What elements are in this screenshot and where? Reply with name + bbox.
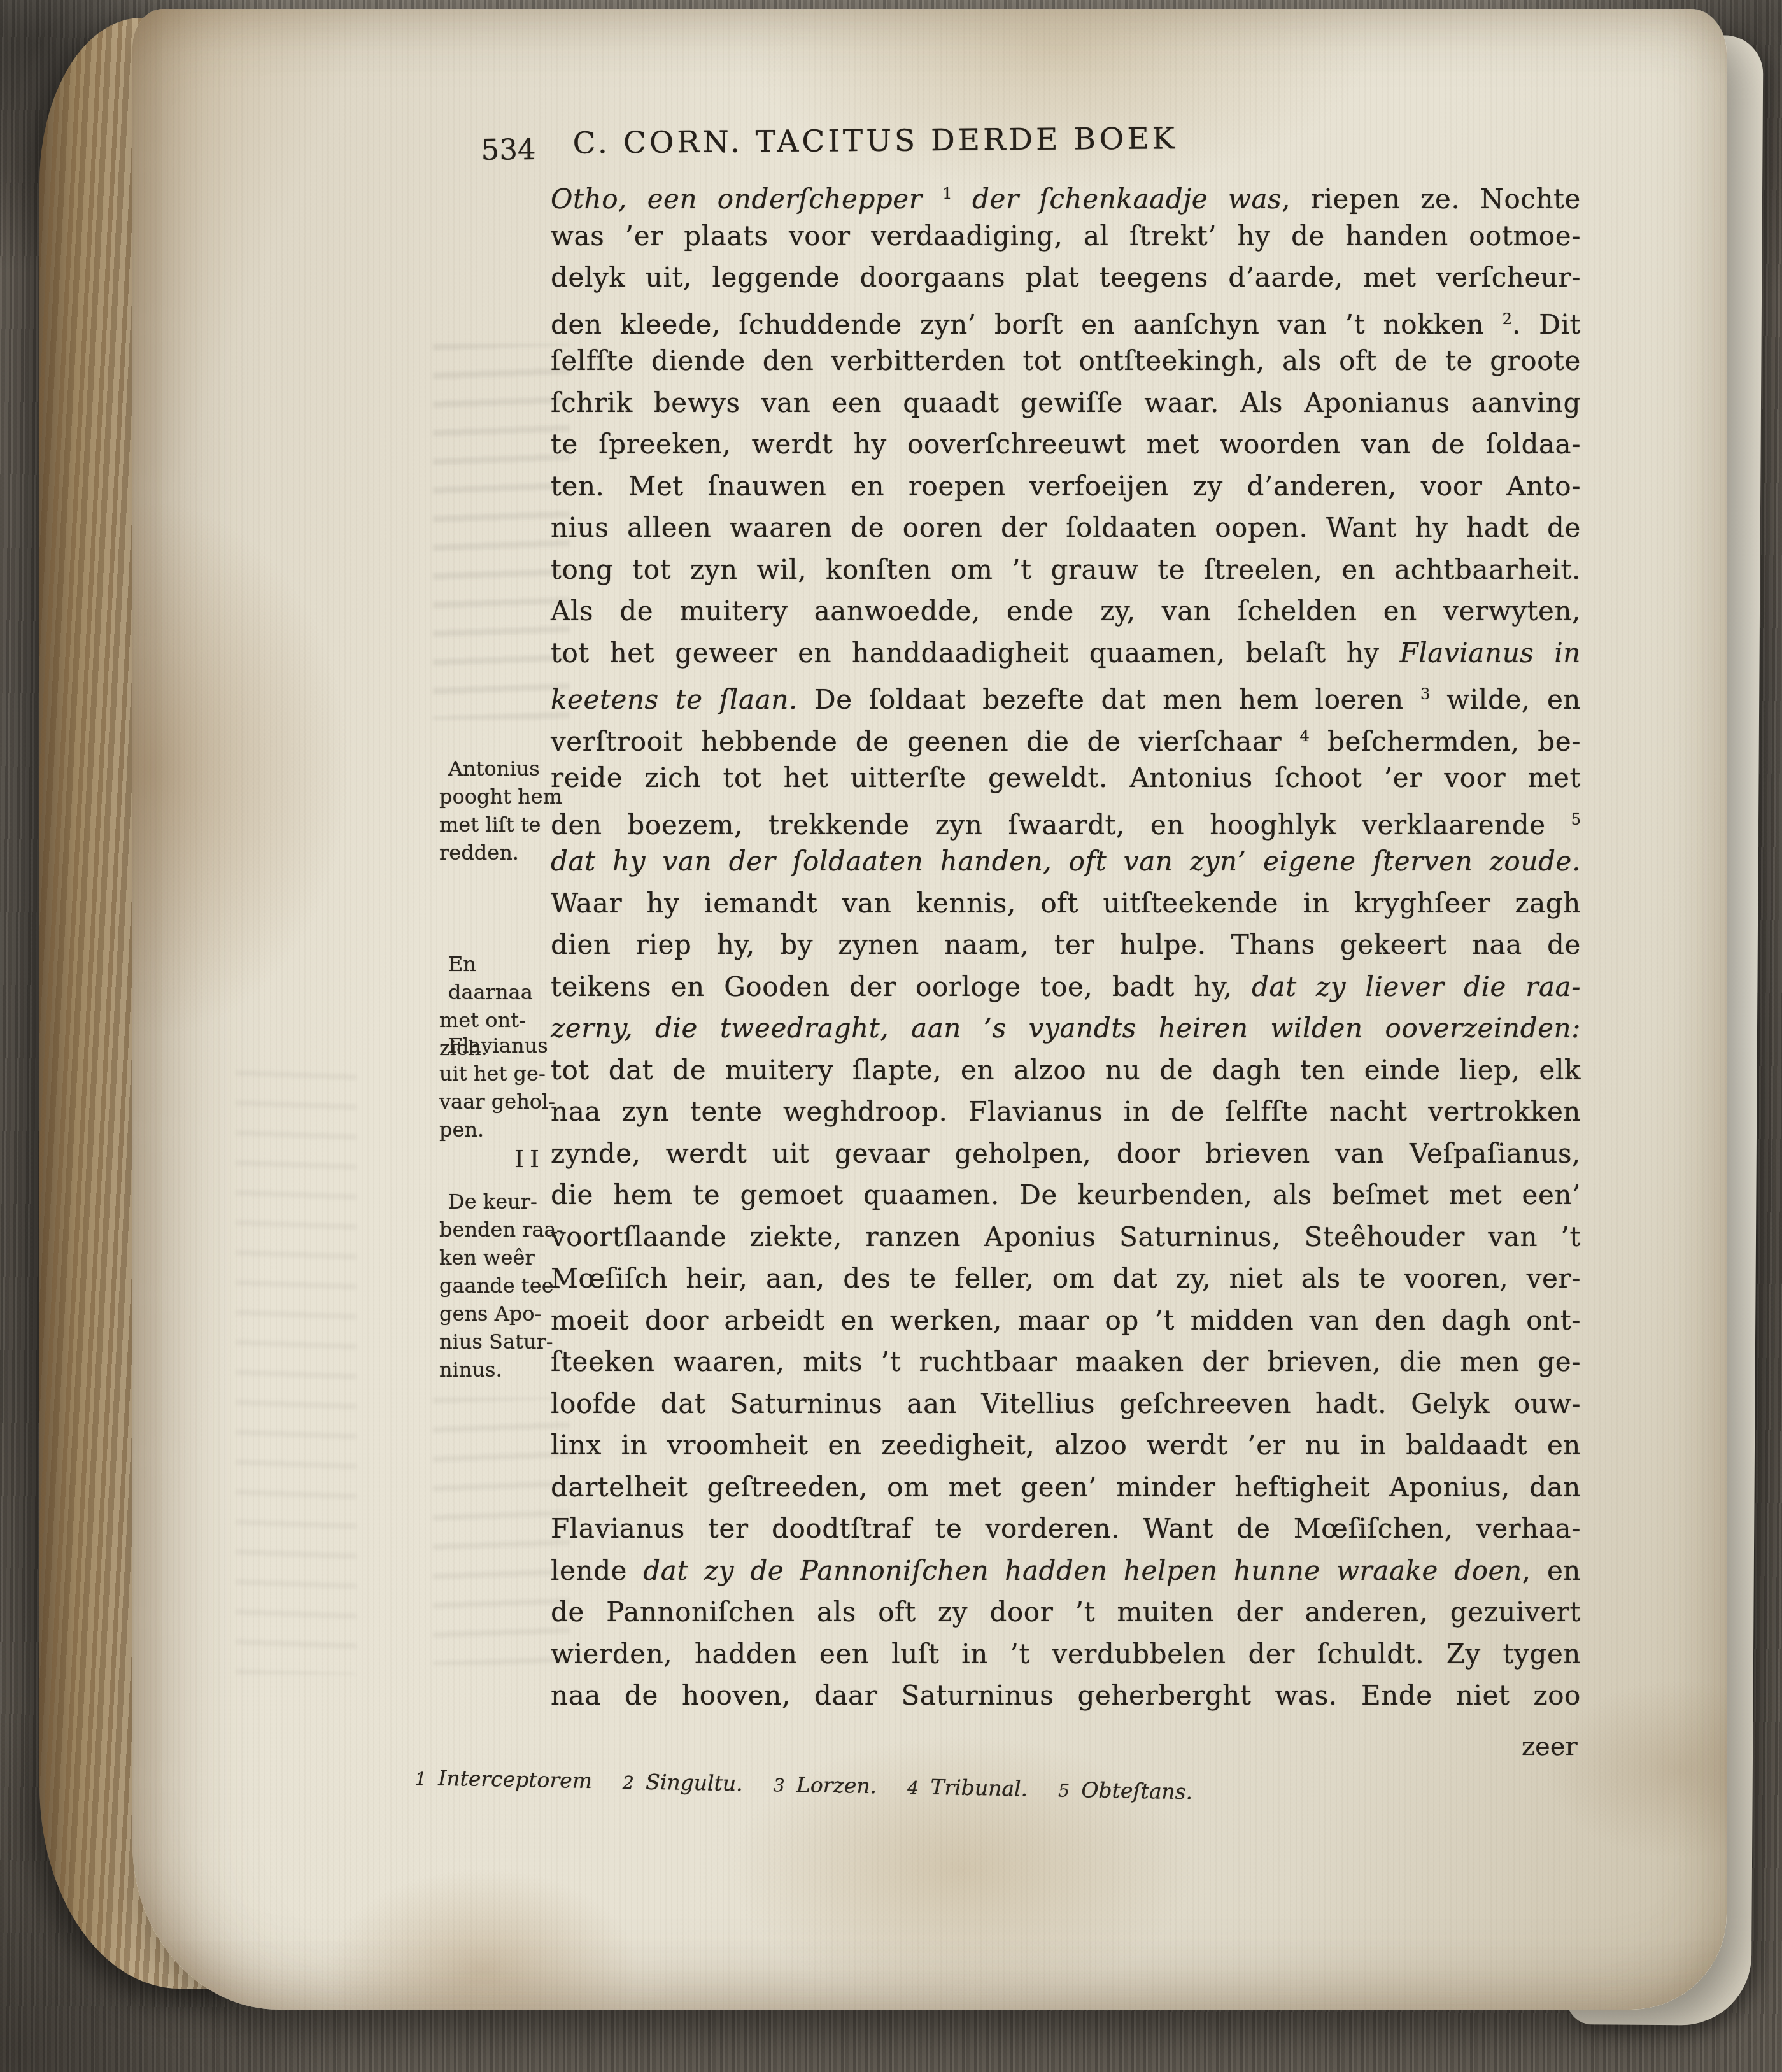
margin-note-line: nius Satur- — [439, 1328, 567, 1356]
margin-note-line: vaar gehol- — [439, 1088, 567, 1116]
margin-note-line: Antonius — [439, 755, 567, 783]
margin-note-line: pooght hem — [439, 783, 567, 811]
margin-note-line: benden raa- — [439, 1216, 567, 1244]
footnote-text: Lorzen. — [789, 1772, 877, 1798]
footnote: 2 Singultu. — [623, 1769, 743, 1796]
margin-note-line: met ont- — [439, 1006, 567, 1034]
footnote-number: 5 — [1058, 1780, 1070, 1801]
margin-note-line: uit het ge- — [439, 1060, 567, 1088]
margin-note-line: gens Apo- — [439, 1300, 567, 1328]
margin-note-line: ken weêr — [439, 1244, 567, 1272]
margin-note-line: De keur- — [439, 1188, 567, 1216]
book-photo: 534 C. CORN. TACITUS DERDE BOEK Otho, ee… — [0, 0, 1782, 2072]
margin-note-line: Flavianus — [439, 1032, 567, 1060]
section-number: II — [439, 1145, 567, 1173]
footnote: 1 Interceptorem — [415, 1765, 593, 1793]
footnote: 3 Lorzen. — [773, 1771, 877, 1798]
footnote-number: 4 — [907, 1777, 919, 1798]
margin-note: Flavianusuit het ge-vaar gehol-pen. — [439, 1032, 567, 1144]
margin-note-line: redden. — [439, 839, 567, 867]
footnote-text: Obteſtans. — [1075, 1777, 1193, 1804]
margin-note-line: ninus. — [439, 1356, 567, 1384]
footnote-number: 1 — [415, 1768, 427, 1789]
footnote-text: Tribunal. — [924, 1775, 1028, 1801]
margin-note: Antoniuspooght hemmet liſt teredden. — [439, 755, 567, 867]
margin-note-line: pen. — [439, 1116, 567, 1144]
margin-notes: Antoniuspooght hemmet liſt teredden.En d… — [382, 127, 1592, 1923]
text-block: 534 C. CORN. TACITUS DERDE BOEK Otho, ee… — [382, 127, 1592, 1923]
footnote-number: 3 — [773, 1775, 784, 1796]
margin-note: De keur-benden raa-ken weêrgaande tee-ge… — [439, 1188, 567, 1384]
footnote-text: Interceptorem — [431, 1765, 592, 1793]
footnote: 5 Obteſtans. — [1058, 1777, 1193, 1805]
catchword: zeer — [1522, 1732, 1578, 1761]
margin-note-line: En daarnaa — [439, 950, 567, 1006]
margin-note-line: gaande tee- — [439, 1272, 567, 1300]
footnote-number: 2 — [623, 1772, 634, 1793]
footnote: 4 Tribunal. — [907, 1774, 1028, 1801]
book-page: 534 C. CORN. TACITUS DERDE BOEK Otho, ee… — [132, 9, 1727, 2010]
footnote-text: Singultu. — [639, 1769, 743, 1796]
margin-note-line: met liſt te — [439, 811, 567, 839]
ink-bleedthrough — [236, 1051, 357, 1675]
